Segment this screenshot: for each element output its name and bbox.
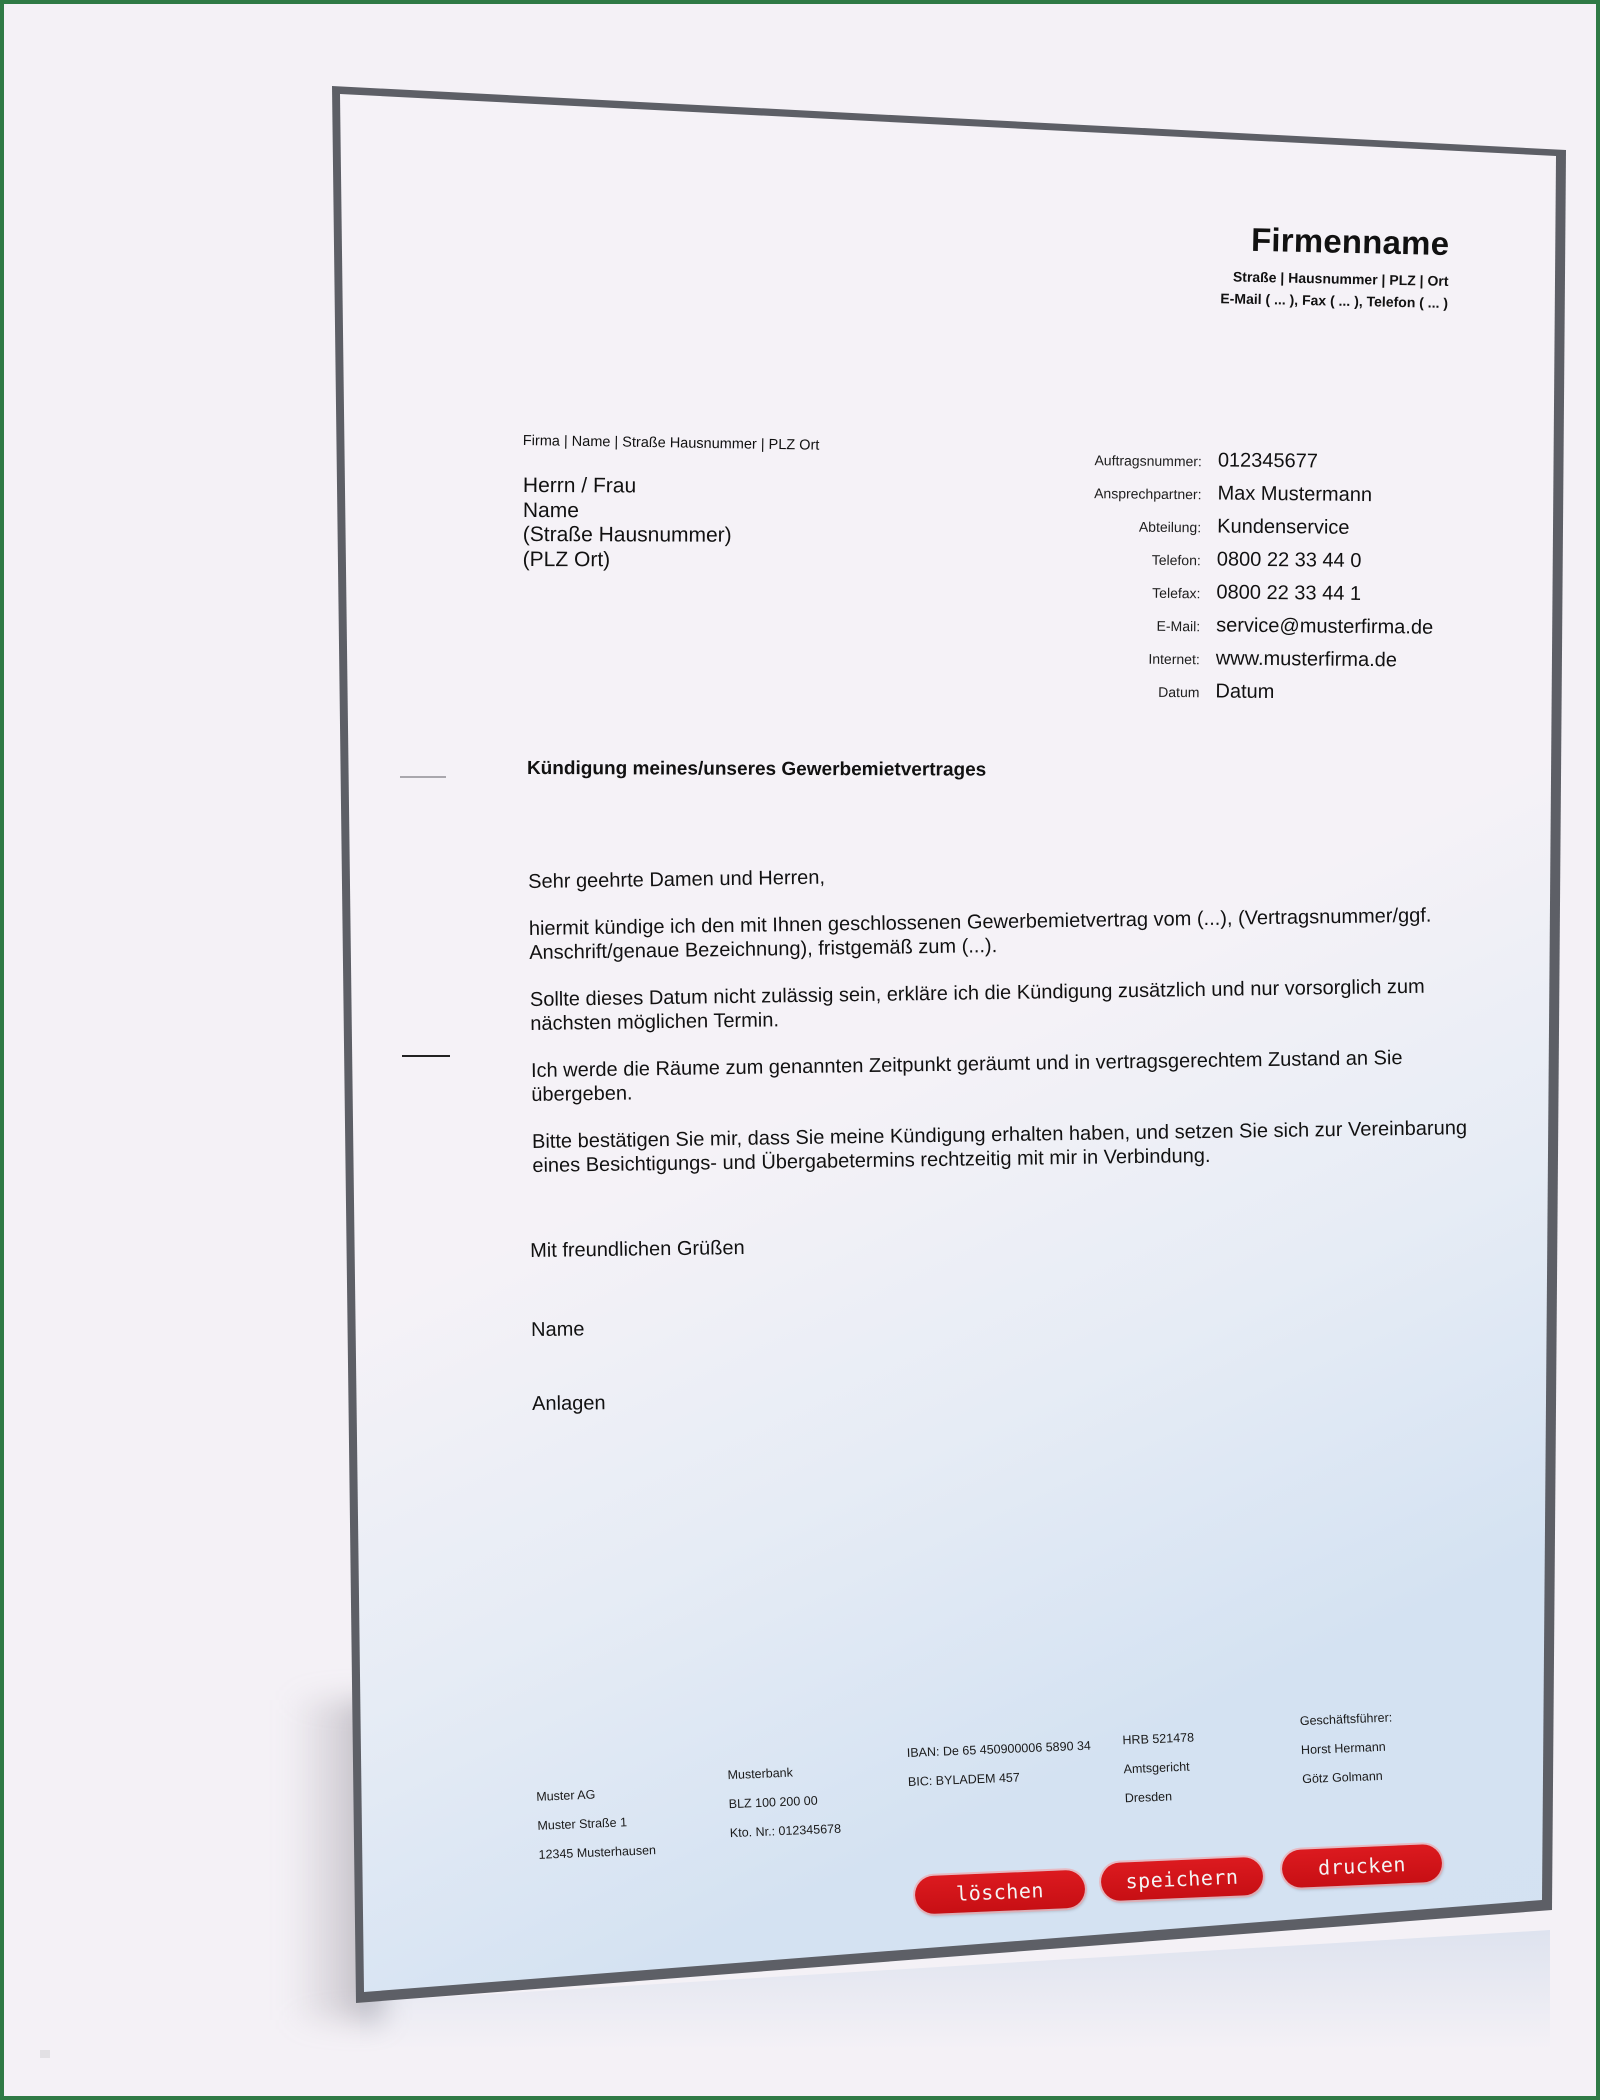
body-paragraph: Sollte dieses Datum nicht zulässig sein,… [530, 974, 1471, 1036]
info-value: 0800 22 33 44 1 [1216, 581, 1361, 606]
punch-mark [402, 1055, 450, 1057]
company-address: Straße | Hausnummer | PLZ | Ort [1221, 268, 1449, 289]
info-label: Auftragsnummer: [1080, 452, 1218, 469]
footer-text: Muster AG [536, 1778, 655, 1812]
footer-text: HRB 521478 [1122, 1723, 1195, 1755]
footer-text: Muster Straße 1 [537, 1807, 656, 1841]
footer-bank: Musterbank BLZ 100 200 00 Kto. Nr.: 0123… [727, 1757, 842, 1848]
info-label: E-Mail: [1078, 617, 1216, 634]
info-value: 0800 22 33 44 0 [1217, 548, 1362, 573]
footer-register: HRB 521478 Amtsgericht Dresden [1122, 1723, 1197, 1813]
info-value: Max Mustermann [1217, 482, 1372, 507]
footer-text: Horst Hermann [1300, 1732, 1393, 1765]
info-label: Telefax: [1078, 584, 1216, 601]
info-label: Ansprechpartner: [1079, 485, 1217, 502]
info-value: 012345677 [1218, 449, 1318, 473]
info-row-fax: Telefax: 0800 22 33 44 1 [1078, 580, 1433, 617]
save-button[interactable]: speichern [1100, 1857, 1263, 1902]
footer-iban: IBAN: De 65 450900006 5890 34 BIC: BYLAD… [906, 1732, 1092, 1797]
print-button[interactable]: drucken [1281, 1844, 1442, 1889]
body-paragraph: Bitte bestätigen Sie mir, dass Sie meine… [532, 1116, 1473, 1178]
info-value: Datum [1215, 680, 1274, 704]
info-value: www.musterfirma.de [1216, 647, 1397, 672]
recipient-name: Name [523, 498, 732, 523]
info-row-internet: Internet: www.musterfirma.de [1078, 646, 1433, 683]
sender-line: Firma | Name | Straße Hausnummer | PLZ O… [523, 433, 820, 454]
footer-text: Dresden [1124, 1781, 1197, 1813]
company-name: Firmenname [1222, 220, 1450, 263]
footer-text: Götz Golmann [1302, 1761, 1395, 1794]
info-row-date: Datum Datum [1077, 679, 1432, 716]
recipient-city: (PLZ Ort) [523, 547, 732, 572]
letter-content: Firmenname Straße | Hausnummer | PLZ | O… [0, 0, 1600, 2100]
recipient-salutation: Herrn / Frau [523, 474, 732, 499]
footer-management: Geschäftsführer: Horst Hermann Götz Golm… [1299, 1703, 1395, 1794]
info-row-contact-person: Ansprechpartner: Max Mustermann [1079, 481, 1434, 518]
info-value: service@musterfirma.de [1216, 614, 1433, 639]
attachments: Anlagen [532, 1392, 606, 1416]
signature-name: Name [531, 1318, 585, 1342]
info-row-phone: Telefon: 0800 22 33 44 0 [1079, 547, 1434, 584]
info-label: Internet: [1078, 650, 1216, 667]
delete-button[interactable]: löschen [914, 1869, 1085, 1914]
letterhead: Firmenname Straße | Hausnummer | PLZ | O… [1221, 220, 1450, 311]
footer-text: BLZ 100 200 00 [728, 1786, 840, 1819]
body-paragraph: hiermit kündige ich den mit Ihnen geschl… [529, 903, 1470, 965]
info-label: Abteilung: [1079, 518, 1217, 535]
footer-text: Amtsgericht [1123, 1752, 1196, 1784]
letter-subject: Kündigung meines/unseres Gewerbemietvert… [527, 758, 986, 782]
info-block: Auftragsnummer: 012345677 Ansprechpartne… [1077, 448, 1435, 716]
info-row-order-number: Auftragsnummer: 012345677 [1080, 448, 1435, 485]
footer-text: BIC: BYLADEM 457 [907, 1761, 1092, 1797]
footer-text: Musterbank [727, 1757, 839, 1790]
letter-footer: Muster AG Muster Straße 1 12345 Musterha… [532, 1702, 1476, 1860]
fold-mark [400, 776, 446, 778]
greeting: Sehr geehrte Damen und Herren, [528, 856, 1468, 894]
info-row-email: E-Mail: service@musterfirma.de [1078, 613, 1433, 650]
footer-text: 12345 Musterhausen [538, 1836, 657, 1870]
recipient-street: (Straße Hausnummer) [523, 523, 732, 548]
info-row-department: Abteilung: Kundenservice [1079, 514, 1434, 551]
letter-body: Sehr geehrte Damen und Herren, hiermit k… [528, 856, 1473, 1201]
footer-text: Geschäftsführer: [1299, 1703, 1392, 1736]
closing: Mit freundlichen Grüßen [530, 1237, 745, 1263]
info-value: Kundenservice [1217, 515, 1350, 539]
info-label: Datum [1077, 683, 1215, 700]
company-contact: E-Mail ( ... ), Fax ( ... ), Telefon ( .… [1221, 290, 1449, 311]
body-paragraph: Ich werde die Räume zum genannten Zeitpu… [531, 1045, 1472, 1107]
info-label: Telefon: [1079, 551, 1217, 568]
footer-text: Kto. Nr.: 012345678 [729, 1815, 841, 1848]
recipient-address: Herrn / Frau Name (Straße Hausnummer) (P… [523, 474, 732, 573]
watermark-mark [40, 2050, 50, 2058]
footer-company: Muster AG Muster Straße 1 12345 Musterha… [536, 1778, 657, 1870]
